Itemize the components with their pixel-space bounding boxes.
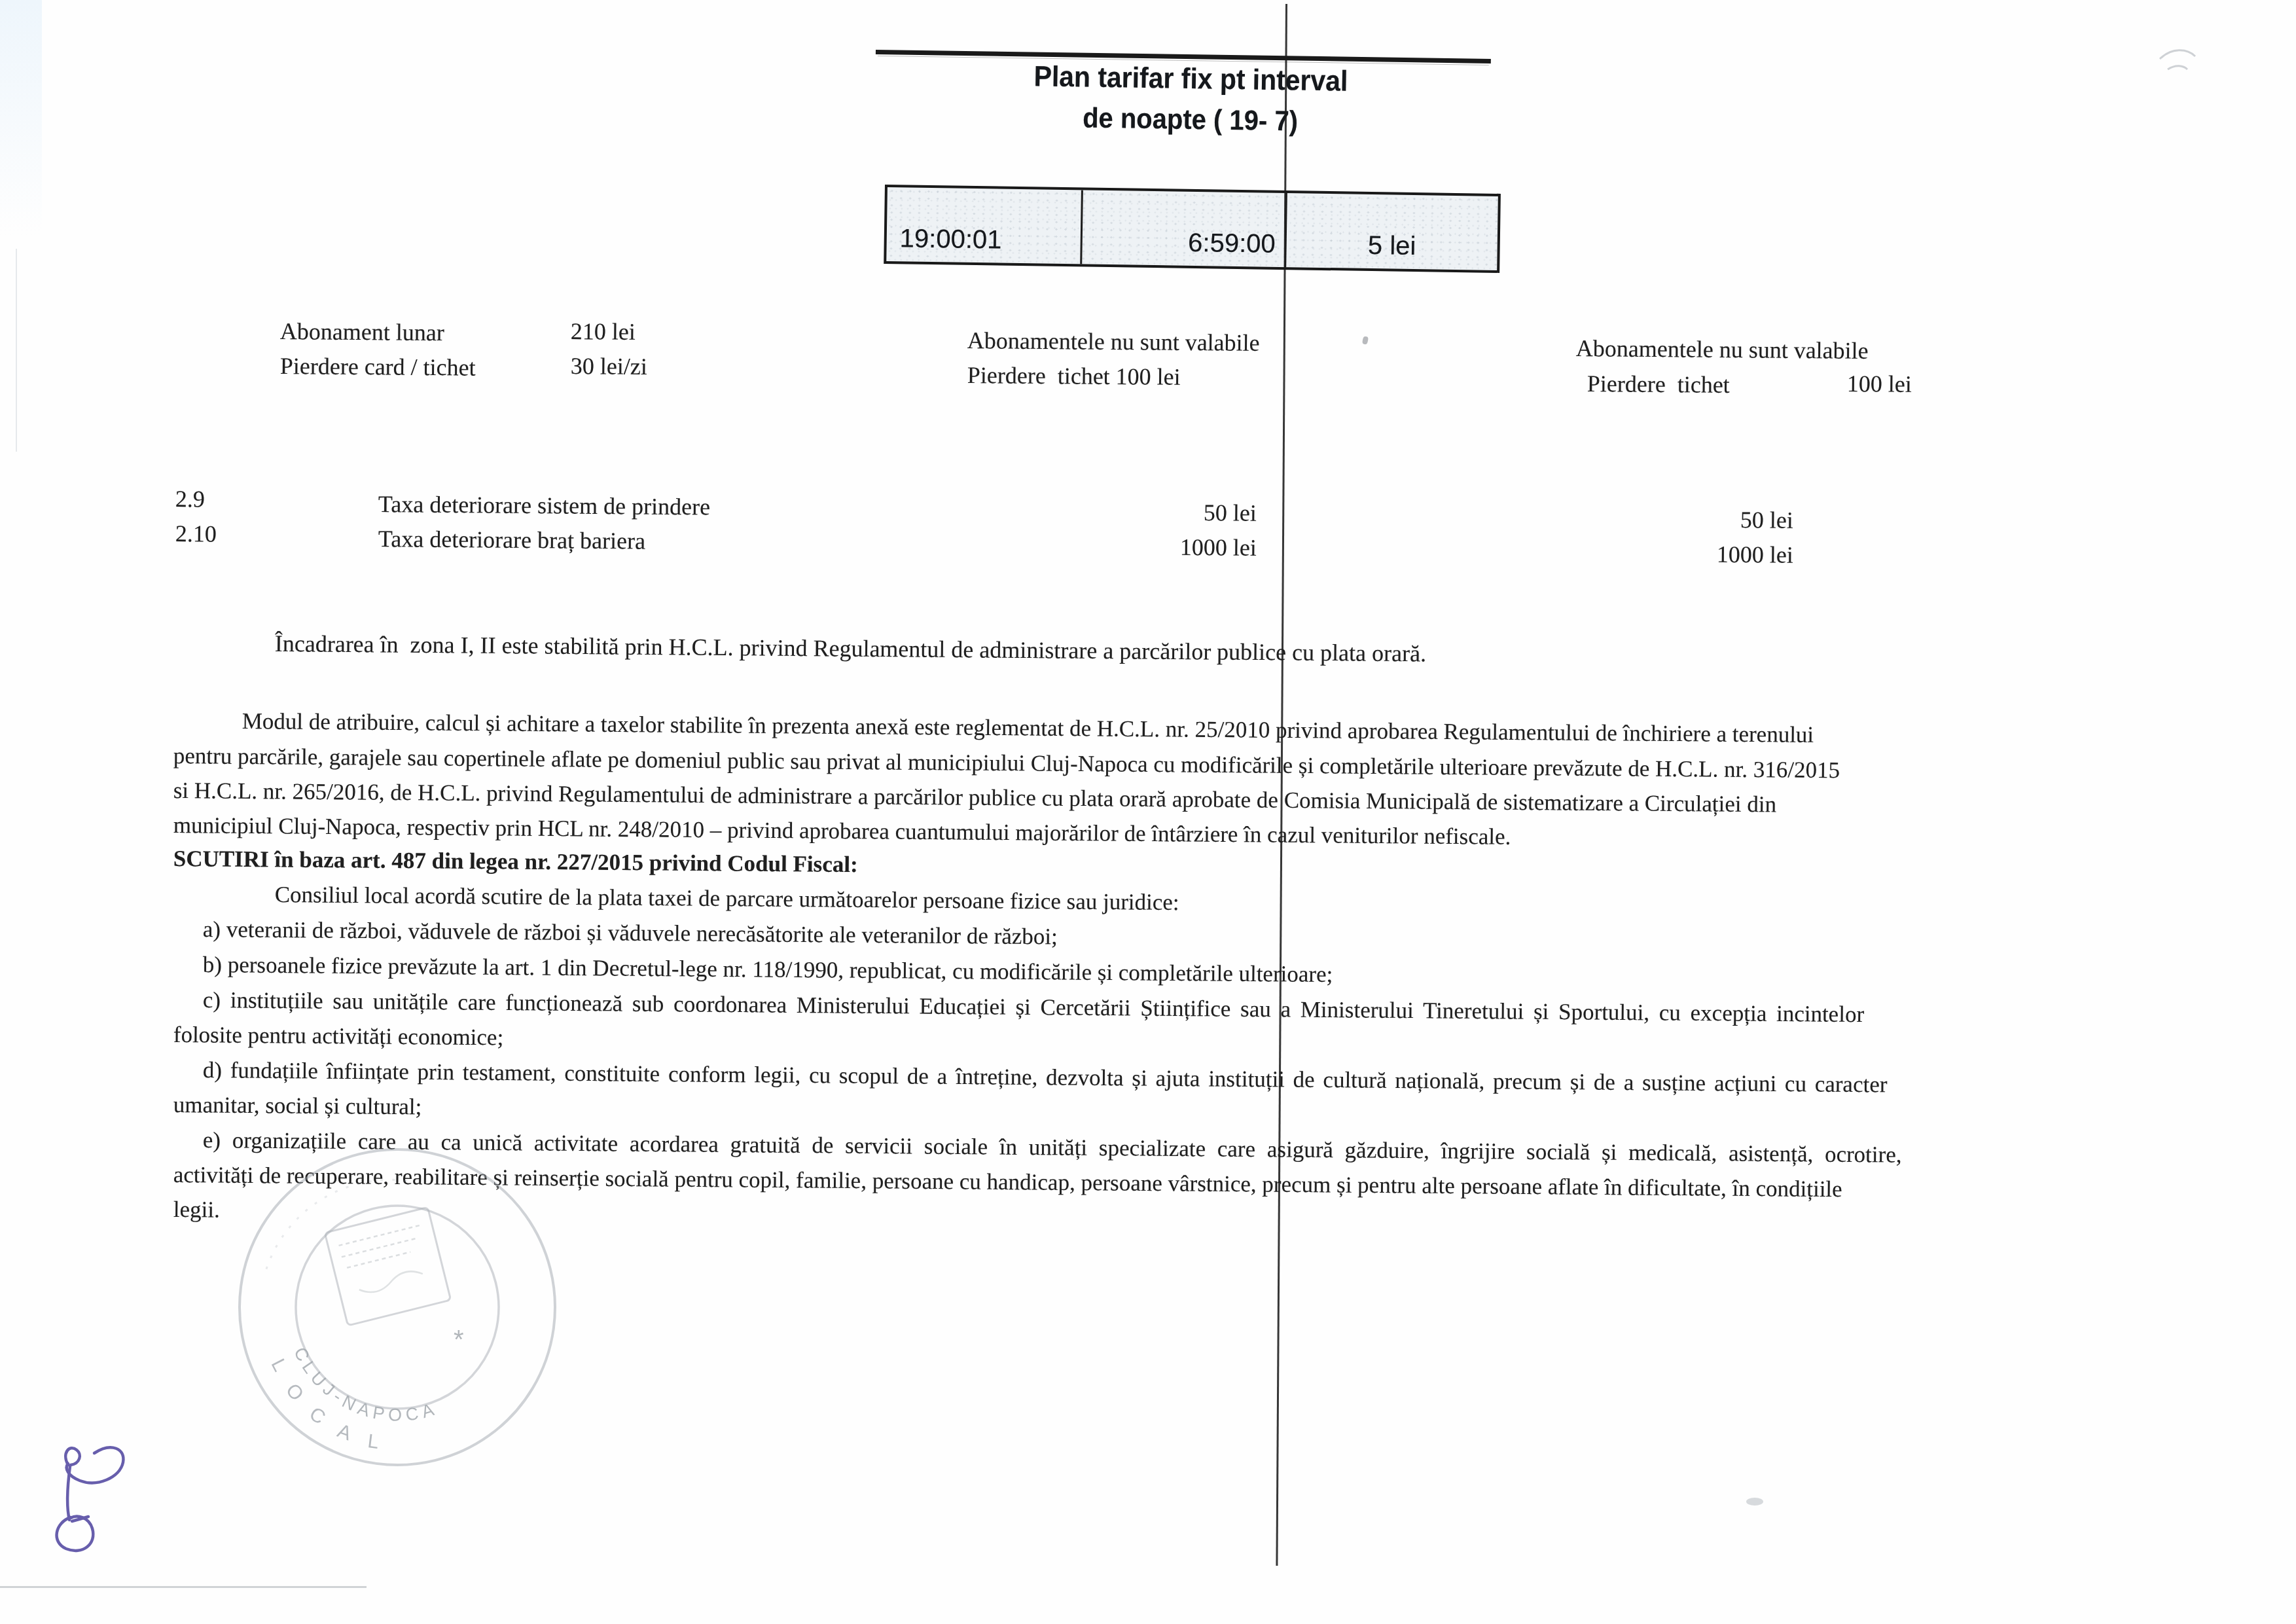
fee-2-9-index: 2.9 (175, 486, 205, 513)
zone2-ticket-loss: Pierdere tichet 100 lei (967, 362, 1181, 391)
paragraph-line-1: Modul de atribuire, calcul și achitare a… (242, 708, 1814, 748)
scutiri-item-d-line-1: d) fundațiile înființate prin testament,… (203, 1057, 1888, 1098)
zone3-ticket-loss-value: 100 lei (1847, 370, 1912, 398)
zone3-subscriptions-note: Abonamentele nu sunt valabile (1576, 335, 1869, 365)
zone3-ticket-loss-label: Pierdere tichet (1587, 370, 1730, 399)
cell-price: 5 lei (1284, 193, 1498, 270)
monthly-subscription-value: 210 lei (571, 318, 636, 346)
zoning-note: Încadrarea în zona I, II este stabilită … (275, 630, 1427, 668)
monthly-subscription-label: Abonament lunar (280, 318, 444, 347)
fee-2-10-value-right: 1000 lei (1662, 541, 1793, 569)
stamp-star: * (454, 1326, 464, 1354)
paragraph-line-2: pentru parcările, garajele sau copertine… (173, 743, 1840, 784)
cell-start-time: 19:00:01 (886, 187, 1081, 264)
scan-speck (1362, 336, 1369, 344)
scutiri-item-a: a) veteranii de război, văduvele de răzb… (203, 916, 1058, 950)
council-round-stamp-icon: CLUJ-NAPOCA LOCAL * (234, 1140, 561, 1474)
title-line-1: Plan tarifar fix pt interval (996, 56, 1386, 102)
title-line-2: de noapte ( 19- 7) (995, 96, 1385, 143)
fee-2-9-label: Taxa deteriorare sistem de prindere (378, 491, 711, 521)
scutiri-item-c-line-2: folosite pentru activități economice; (173, 1022, 504, 1051)
paragraph-line-3: si H.C.L. nr. 265/2016, de H.C.L. privin… (173, 778, 1777, 818)
fee-2-9-value-right: 50 lei (1662, 506, 1793, 534)
scutiri-item-b: b) persoanele fizice prevăzute la art. 1… (203, 952, 1333, 988)
scan-smudge-dot (1746, 1498, 1763, 1506)
scutiri-item-c-line-1: c) instituțiile sau unitățile care funcț… (203, 987, 1865, 1028)
stamp-inner-ring (274, 1184, 520, 1430)
scutiri-item-d-line-2: umanitar, social și cultural; (173, 1092, 422, 1121)
fee-2-10-label: Taxa deteriorare braț bariera (378, 526, 646, 555)
paragraph-line-4: municipiul Cluj-Napoca, respectiv prin H… (173, 812, 1511, 850)
scutiri-intro: Consiliul local acordă scutire de la pla… (275, 882, 1179, 916)
scanned-document-page: Plan tarifar fix pt interval de noapte (… (0, 0, 2296, 1624)
zone2-subscriptions-note: Abonamentele nu sunt valabile (967, 327, 1260, 357)
fee-2-10-index: 2.10 (175, 520, 217, 548)
card-loss-value: 30 lei/zi (571, 353, 647, 380)
fee-2-10-value-mid: 1000 lei (1126, 533, 1257, 562)
document-title: Plan tarifar fix pt interval de noapte (… (995, 56, 1386, 143)
scan-edge-line (16, 249, 17, 452)
night-tariff-table: 19:00:01 6:59:00 5 lei (884, 185, 1501, 273)
pen-signature-icon (26, 1413, 196, 1570)
scanner-bottom-line (0, 1586, 367, 1588)
fee-2-9-value-mid: 50 lei (1126, 499, 1257, 527)
cell-end-time: 6:59:00 (1080, 190, 1285, 267)
scan-smudge-icon (2153, 41, 2245, 80)
scutiri-heading: SCUTIRI în baza art. 487 din legea nr. 2… (173, 846, 858, 878)
scan-edge-tint (0, 0, 42, 236)
scutiri-item-e-line-3: legii. (173, 1197, 220, 1223)
stamp-crest (325, 1207, 451, 1326)
card-loss-label: Pierdere card / tichet (280, 353, 476, 382)
